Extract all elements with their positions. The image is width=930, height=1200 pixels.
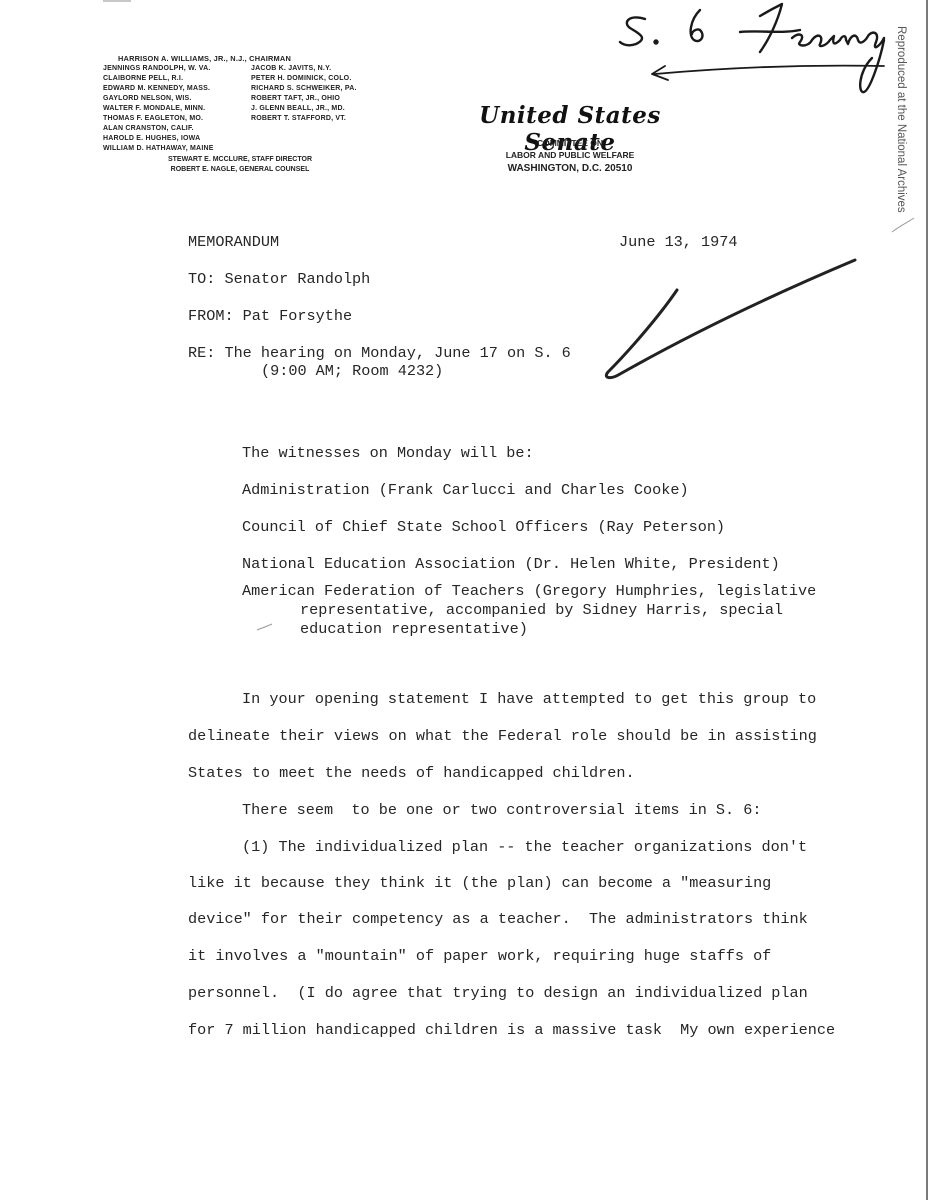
address: WASHINGTON, D.C. 20510: [440, 161, 700, 177]
member: HAROLD E. HUGHES, IOWA: [103, 134, 214, 144]
committee-block: COMMITTEE ON LABOR AND PUBLIC WELFARE WA…: [440, 137, 700, 177]
body-line: In your opening statement I have attempt…: [242, 690, 816, 708]
witness-item-continued: education representative): [300, 620, 528, 638]
members-left: JENNINGS RANDOLPH, W. VA. CLAIBORNE PELL…: [103, 64, 214, 154]
witness-item: Administration (Frank Carlucci and Charl…: [242, 481, 689, 499]
witnesses-intro: The witnesses on Monday will be:: [242, 444, 534, 462]
witness-item: American Federation of Teachers (Gregory…: [242, 582, 816, 600]
staff-block: STEWART E. MCCLURE, STAFF DIRECTOR ROBER…: [140, 155, 340, 175]
checkmark-annotation: [606, 260, 855, 378]
body-line: like it because they think it (the plan)…: [188, 874, 771, 892]
memo-to: TO: Senator Randolph: [188, 270, 370, 288]
members-right: JACOB K. JAVITS, N.Y. PETER H. DOMINICK,…: [251, 64, 357, 124]
memo-heading: MEMORANDUM: [188, 233, 279, 251]
member: GAYLORD NELSON, WIS.: [103, 94, 214, 104]
body-line: for 7 million handicapped children is a …: [188, 1021, 835, 1039]
member: EDWARD M. KENNEDY, MASS.: [103, 84, 214, 94]
memo-date: June 13, 1974: [619, 233, 737, 251]
general-counsel: ROBERT E. NAGLE, GENERAL COUNSEL: [140, 165, 340, 175]
archive-stamp: Reproduced at the National Archives: [895, 26, 907, 213]
chairman-line: HARRISON A. WILLIAMS, JR., N.J., CHAIRMA…: [118, 54, 291, 64]
witness-item-continued: representative, accompanied by Sidney Ha…: [300, 601, 783, 619]
page-edge: [926, 0, 928, 1200]
memo-from: FROM: Pat Forsythe: [188, 307, 352, 325]
member: WALTER F. MONDALE, MINN.: [103, 104, 214, 114]
member: J. GLENN BEALL, JR., MD.: [251, 104, 357, 114]
member: RICHARD S. SCHWEIKER, PA.: [251, 84, 357, 94]
committee-name: LABOR AND PUBLIC WELFARE: [440, 149, 700, 161]
body-line: delineate their views on what the Federa…: [188, 727, 817, 745]
member: WILLIAM D. HATHAWAY, MAINE: [103, 144, 214, 154]
scan-artifact: [103, 0, 131, 2]
body-line: (1) The individualized plan -- the teach…: [242, 838, 807, 856]
staff-director: STEWART E. MCCLURE, STAFF DIRECTOR: [140, 155, 340, 165]
memo-re-details: (9:00 AM; Room 4232): [261, 362, 443, 380]
witness-item: Council of Chief State School Officers (…: [242, 518, 725, 536]
committee-line: COMMITTEE ON: [440, 137, 700, 149]
body-line: There seem to be one or two controversia…: [242, 801, 762, 819]
body-line: personnel. (I do agree that trying to de…: [188, 984, 808, 1002]
handwriting-layer: [0, 0, 930, 1200]
member: ROBERT TAFT, JR., OHIO: [251, 94, 357, 104]
witness-item: National Education Association (Dr. Hele…: [242, 555, 780, 573]
memo-re: RE: The hearing on Monday, June 17 on S.…: [188, 344, 571, 362]
body-line: it involves a "mountain" of paper work, …: [188, 947, 771, 965]
member: ALAN CRANSTON, CALIF.: [103, 124, 214, 134]
member: ROBERT T. STAFFORD, VT.: [251, 114, 357, 124]
handwritten-note: [620, 4, 884, 92]
body-line: States to meet the needs of handicapped …: [188, 764, 635, 782]
member: PETER H. DOMINICK, COLO.: [251, 74, 357, 84]
member: CLAIBORNE PELL, R.I.: [103, 74, 214, 84]
member: JACOB K. JAVITS, N.Y.: [251, 64, 357, 74]
member: THOMAS F. EAGLETON, MO.: [103, 114, 214, 124]
body-line: device" for their competency as a teache…: [188, 910, 808, 928]
member: JENNINGS RANDOLPH, W. VA.: [103, 64, 214, 74]
